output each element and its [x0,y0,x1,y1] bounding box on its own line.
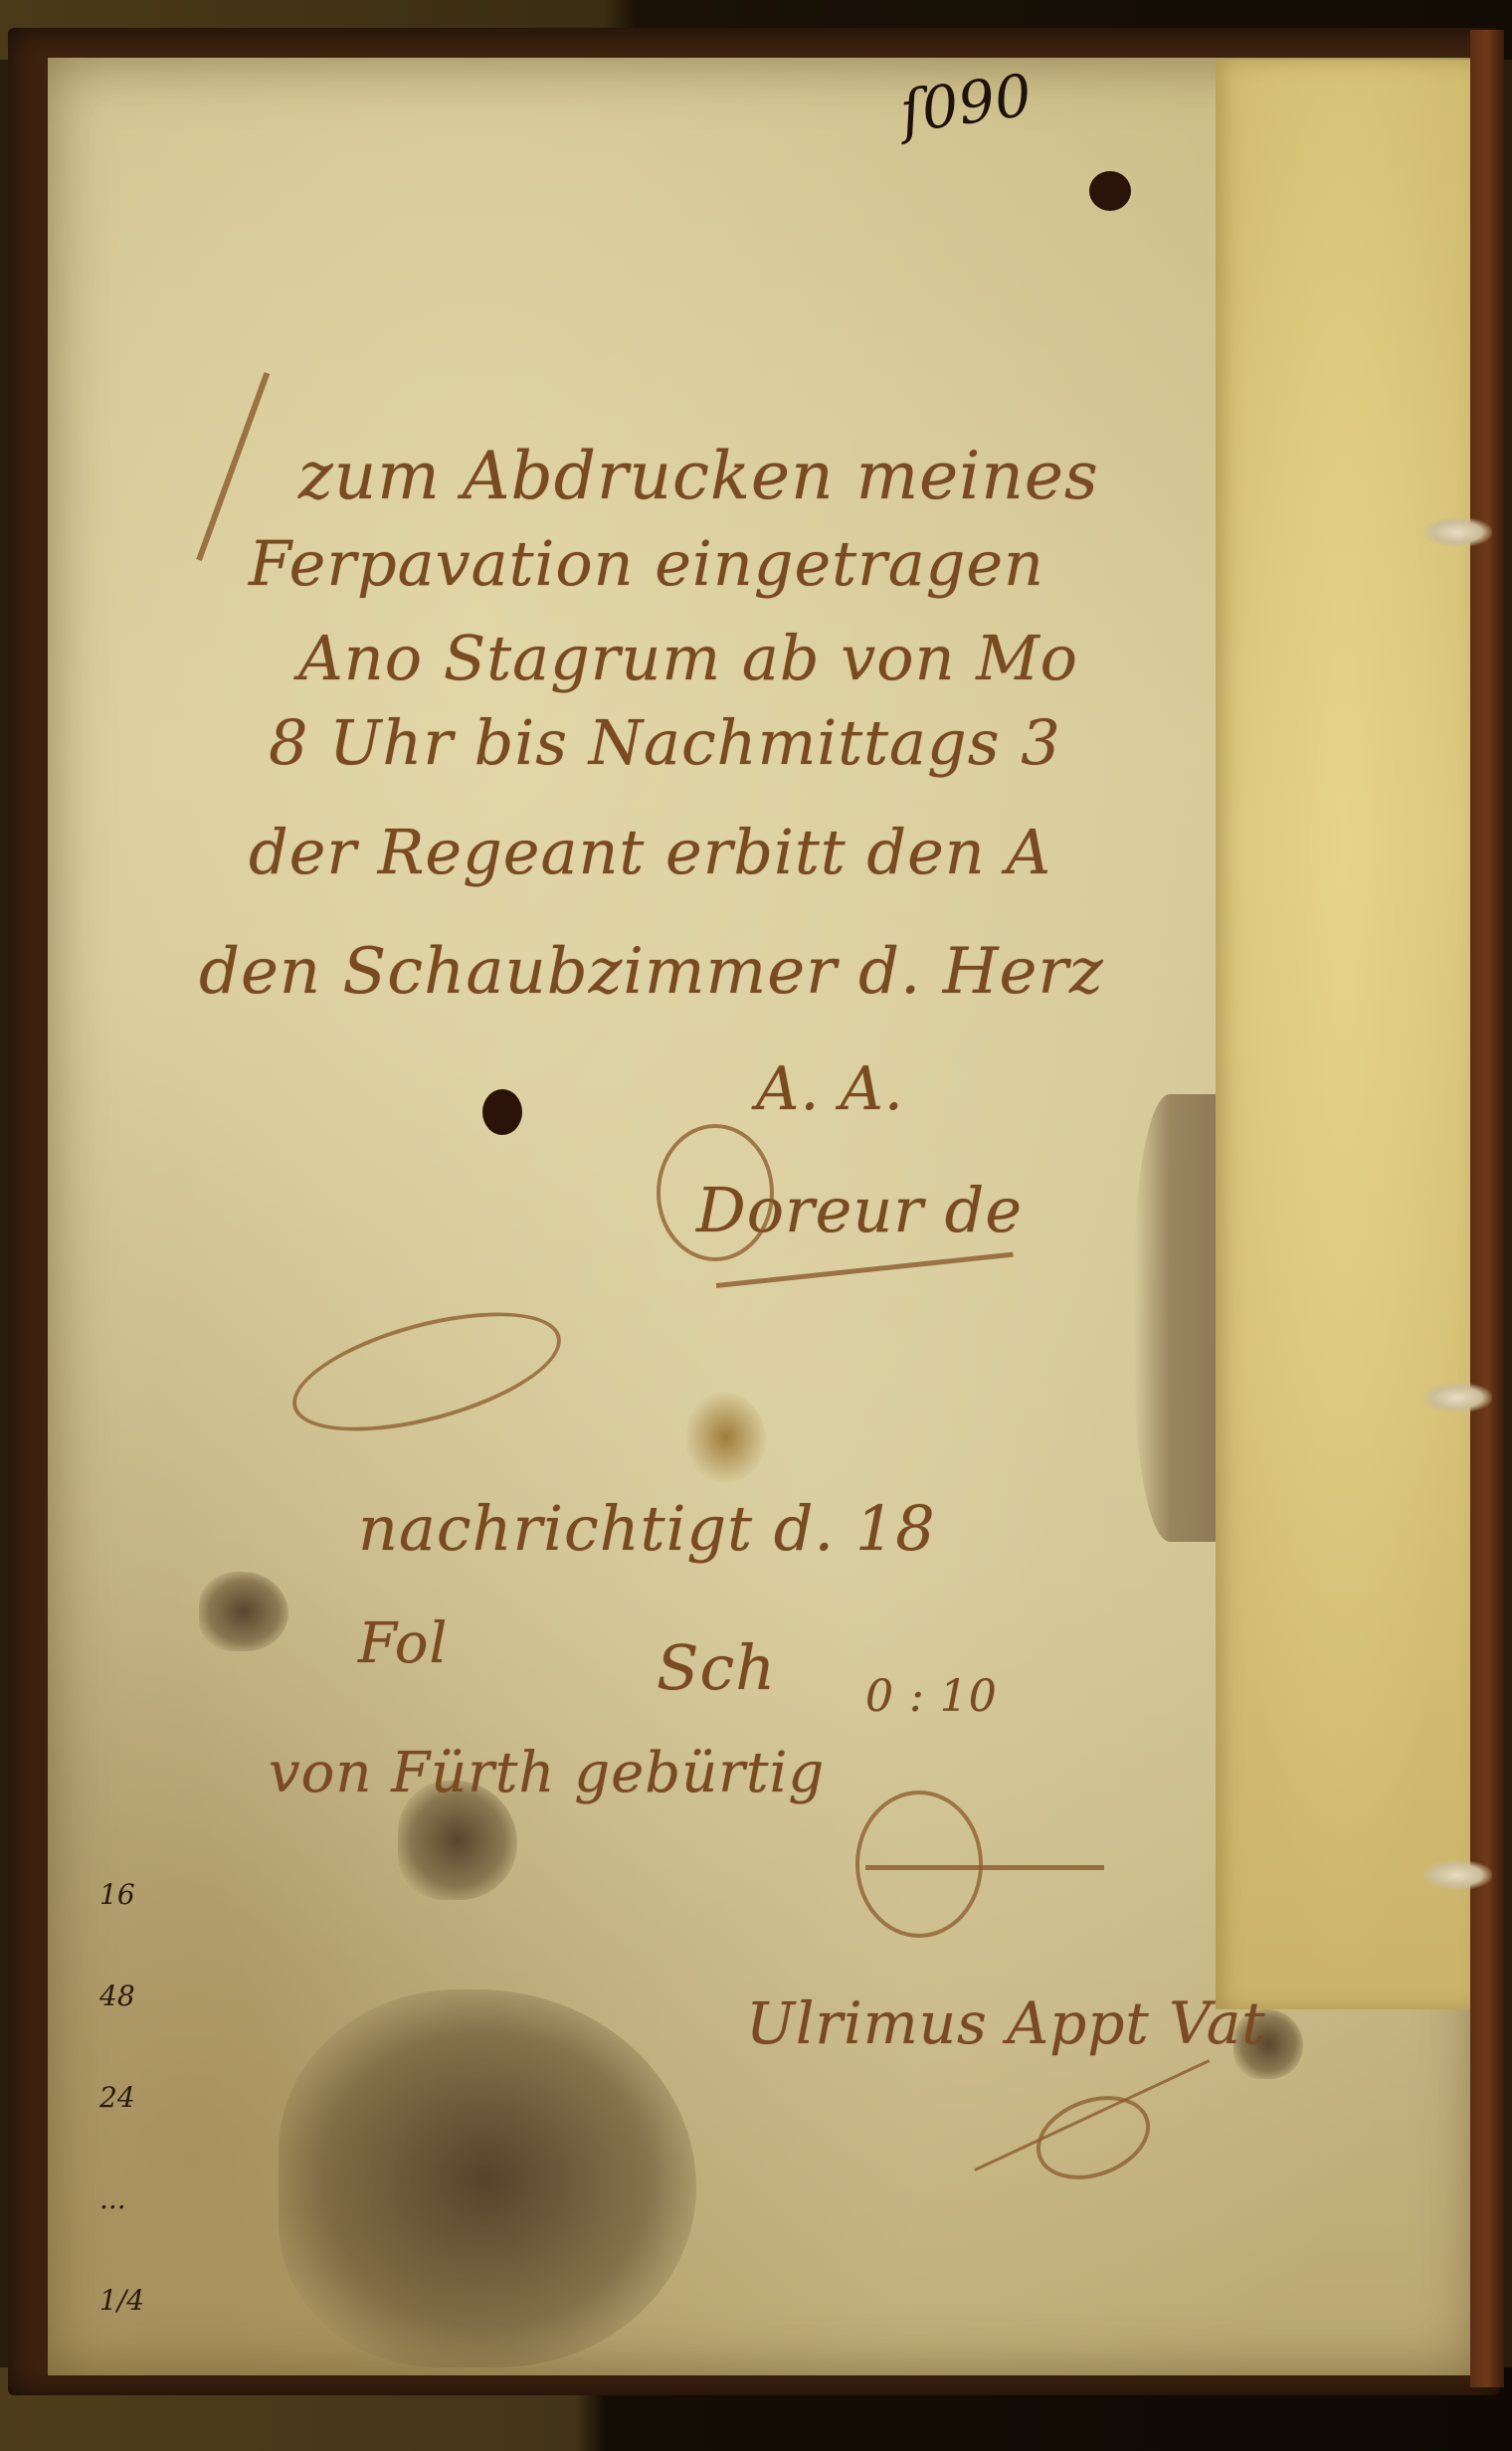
water-stain [199,1572,288,1651]
pasted-paper-flap [1216,60,1472,2009]
signature-stroke [865,1865,1104,1870]
wax-spot [686,1393,766,1482]
handwritten-line: von Fürth gebürtig [269,1741,825,1805]
handwritten-line: 8 Uhr bis Nachmittags 3 [269,706,1061,779]
handwritten-line: Ferpavation eingetragen [249,527,1044,600]
handwritten-line: den Schaubzimmer d. Herz [199,935,1104,1009]
binding-thread [1422,1860,1492,1890]
ink-blot [1089,171,1131,211]
signature-flourish [657,1124,774,1261]
handwritten-line: A. A. [756,1054,904,1124]
torn-paper-edge [1134,1094,1224,1542]
handwritten-line: Ano Stagrum ab von Mo [298,622,1078,694]
handwritten-line: nachrichtigt d. 18 [358,1492,936,1565]
handwritten-line: Fol [358,1611,448,1676]
handwritten-line: der Regeant erbitt den A [249,816,1051,888]
handwritten-line: zum Abdrucken meines [298,438,1099,514]
handwritten-line: 0 : 10 [865,1671,998,1722]
ink-blot [482,1089,522,1135]
book-spine [1470,30,1504,2387]
binding-thread [1422,1383,1492,1413]
binding-thread [1422,517,1492,547]
signature-flourish [855,1791,983,1938]
handwritten-line: Sch [657,1631,776,1704]
margin-figures: 16 48 24 ... 1/4 [99,1810,144,2352]
handwritten-line: Ulrimus Appt Vat [746,1989,1266,2057]
